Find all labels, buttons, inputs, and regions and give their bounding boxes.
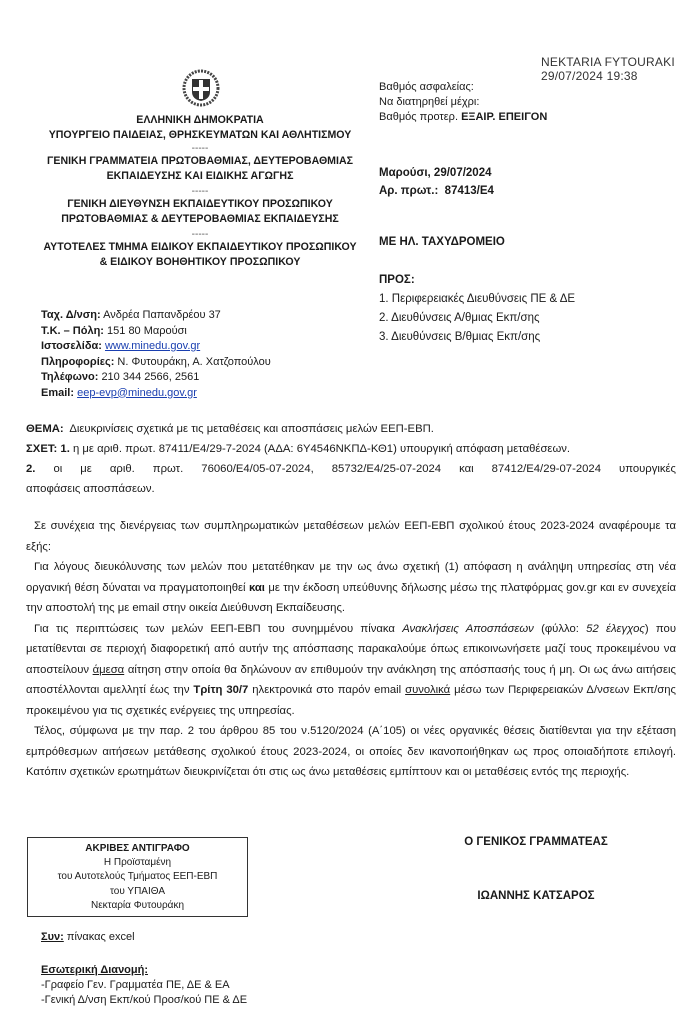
issuer-header: ΕΛΛΗΝΙΚΗ ΔΗΜΟΚΡΑΤΙΑ ΥΠΟΥΡΓΕΙΟ ΠΑΙΔΕΙΑΣ, …: [40, 113, 360, 272]
department-name: ΑΥΤΟΤΕΛΕΣ ΤΜΗΜΑ ΕΙΔΙΚΟΥ ΕΚΠΑΙΔΕΥΤΙΚΟΥ ΠΡ…: [40, 240, 360, 270]
classification-block: Βαθμός ασφαλείας: Να διατηρηθεί μέχρι: Β…: [379, 80, 547, 125]
paragraph: Για λόγους διευκόλυνσης των μελών που με…: [26, 557, 676, 619]
recipient-item: 1. Περιφερειακές Διευθύνσεις ΠΕ & ΔΕ: [379, 290, 575, 309]
date-protocol-block: Μαρούσι, 29/07/2024 Αρ. πρωτ.: 87413/Ε4: [379, 164, 494, 200]
subject-block: ΘΕΜΑ: Διευκρινίσεις σχετικά με τις μεταθ…: [26, 419, 676, 499]
priority-value: ΕΞΑΙΡ. ΕΠΕΙΓΟΝ: [461, 111, 547, 123]
copy-signer: Νεκταρία Φυτουράκη: [28, 899, 247, 913]
signatory-title: Ο ΓΕΝΙΚΟΣ ΓΡΑΜΜΑΤΕΑΣ: [380, 836, 692, 848]
reference-2: 2. οι με αριθ. πρωτ. 76060/Ε4/05-07-2024…: [26, 459, 676, 479]
digital-signature-stamp: NEKTARIA FYTOURAKI 29/07/2024 19:38: [541, 55, 675, 83]
enclosure: Συν: πίνακας excel: [41, 931, 135, 943]
subject-line: ΘΕΜΑ: Διευκρινίσεις σχετικά με τις μεταθ…: [26, 419, 676, 439]
certified-copy-box: ΑΚΡΙΒΕΣ ΑΝΤΙΓΡΑΦΟ Η Προϊσταμένη του Αυτο…: [27, 837, 248, 917]
delivery-method: ΜΕ ΗΛ. ΤΑΧΥΔΡΟΜΕΙΟ: [379, 236, 505, 248]
recipients-label: ΠΡΟΣ:: [379, 271, 575, 290]
recipient-item: 2. Διευθύνσεις Α/θμιας Εκπ/σης: [379, 309, 575, 328]
reference-2-cont: αποφάσεις αποσπάσεων.: [26, 479, 676, 499]
signatory-name: ΙΩΑΝΝΗΣ ΚΑΤΣΑΡΟΣ: [380, 890, 692, 902]
security-level: Βαθμός ασφαλείας:: [379, 80, 547, 95]
copy-title: ΑΚΡΙΒΕΣ ΑΝΤΙΓΡΑΦΟ: [28, 842, 247, 856]
greek-coat-of-arms-icon: [181, 68, 221, 108]
paragraph: Σε συνέχεια της διενέργειας των συμπληρω…: [26, 516, 676, 557]
letter-body: Σε συνέχεια της διενέργειας των συμπληρω…: [26, 516, 676, 783]
internal-distribution: Εσωτερική Διανομή: -Γραφείο Γεν. Γραμματ…: [41, 963, 247, 1008]
distribution-label: Εσωτερική Διανομή:: [41, 963, 247, 978]
address-row: Ταχ. Δ/νση: Ανδρέα Παπανδρέου 37: [41, 308, 271, 324]
stamp-signer: NEKTARIA FYTOURAKI: [541, 55, 675, 69]
info-row: Πληροφορίες: Ν. Φυτουράκη, Α. Χατζοπούλο…: [41, 355, 271, 371]
reference-1: ΣΧΕΤ: 1. η με αριθ. πρωτ. 87411/Ε4/29-7-…: [26, 439, 676, 459]
contact-info: Ταχ. Δ/νση: Ανδρέα Παπανδρέου 37 Τ.Κ. – …: [41, 308, 271, 401]
place-date: Μαρούσι, 29/07/2024: [379, 164, 494, 182]
protocol-number: Αρ. πρωτ.: 87413/Ε4: [379, 182, 494, 200]
recipient-item: 3. Διευθύνσεις Β/θμιας Εκπ/σης: [379, 328, 575, 347]
ministry-name: ΥΠΟΥΡΓΕΙΟ ΠΑΙΔΕΙΑΣ, ΘΡΗΣΚΕΥΜΑΤΩΝ ΚΑΙ ΑΘΛ…: [40, 128, 360, 143]
stamp-datetime: 29/07/2024 19:38: [541, 69, 675, 83]
priority-level: Βαθμός προτερ. ΕΞΑΙΡ. ΕΠΕΙΓΟΝ: [379, 110, 547, 125]
website-row: Ιστοσελίδα: www.minedu.gov.gr: [41, 339, 271, 355]
separator: -----: [40, 143, 360, 154]
paragraph: Τέλος, σύμφωνα με την παρ. 2 του άρθρου …: [26, 721, 676, 783]
phone-row: Τηλέφωνο: 210 344 2566, 2561: [41, 370, 271, 386]
recipients-block: ΠΡΟΣ: 1. Περιφερειακές Διευθύνσεις ΠΕ & …: [379, 271, 575, 347]
paragraph: Για τις περιπτώσεις των μελών ΕΕΠ-ΕΒΠ το…: [26, 619, 676, 722]
retain-until: Να διατηρηθεί μέχρι:: [379, 95, 547, 110]
directorate-name: ΓΕΝΙΚΗ ΔΙΕΥΘΥΝΣΗ ΕΚΠΑΙΔΕΥΤΙΚΟΥ ΠΡΟΣΩΠΙΚΟ…: [40, 197, 360, 227]
website-link[interactable]: www.minedu.gov.gr: [105, 340, 200, 352]
country-name: ΕΛΛΗΝΙΚΗ ΔΗΜΟΚΡΑΤΙΑ: [40, 113, 360, 128]
distribution-item: -Γενική Δ/νση Εκπ/κού Προσ/κού ΠΕ & ΔΕ: [41, 993, 247, 1008]
distribution-item: -Γραφείο Γεν. Γραμματέα ΠΕ, ΔΕ & ΕΑ: [41, 978, 247, 993]
separator: -----: [40, 229, 360, 240]
separator: -----: [40, 186, 360, 197]
email-link[interactable]: eep-evp@minedu.gov.gr: [77, 387, 197, 399]
email-row: Email: eep-evp@minedu.gov.gr: [41, 386, 271, 402]
city-row: Τ.Κ. – Πόλη: 151 80 Μαρούσι: [41, 324, 271, 340]
secretariat-name: ΓΕΝΙΚΗ ΓΡΑΜΜΑΤΕΙΑ ΠΡΩΤΟΒΑΘΜΙΑΣ, ΔΕΥΤΕΡΟΒ…: [40, 154, 360, 184]
